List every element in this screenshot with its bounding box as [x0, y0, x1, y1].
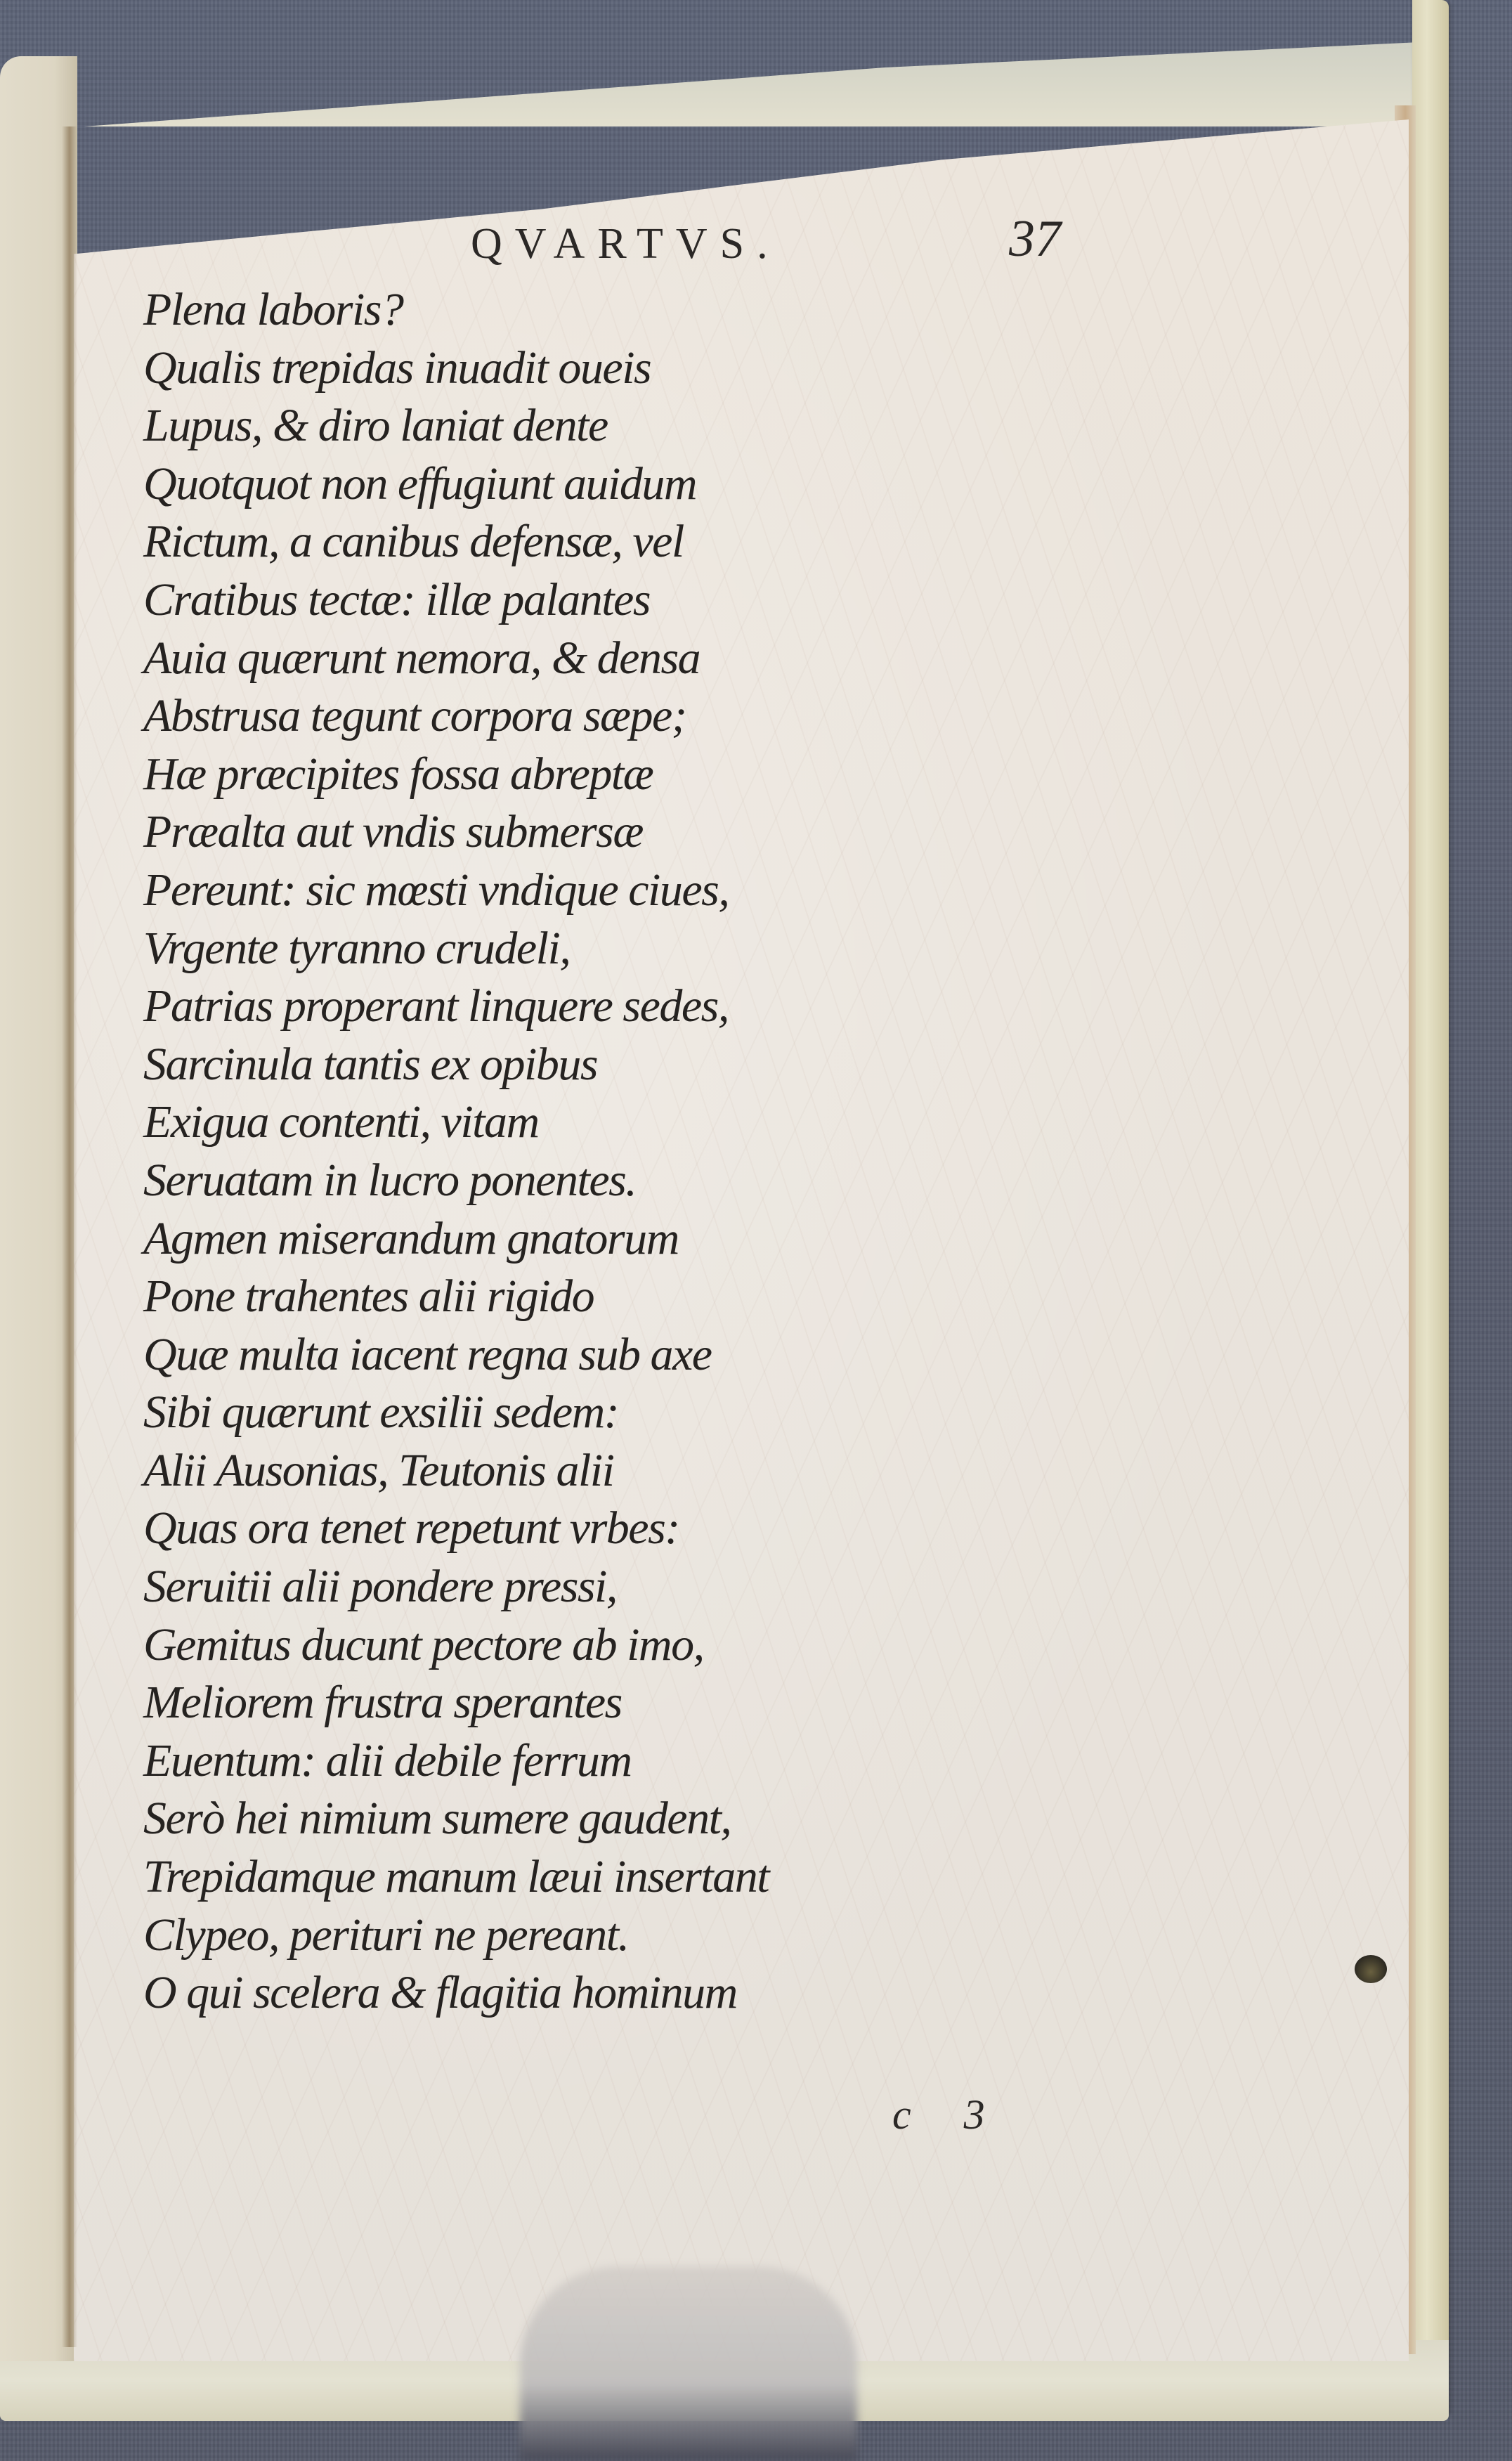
verse-line: Rictum, a canibus defensæ, vel [143, 513, 986, 571]
wormhole-icon [1355, 1955, 1387, 1983]
blurred-region [520, 2266, 857, 2461]
verse-line: Seruitii alii pondere pressi, [143, 1558, 986, 1616]
verse-line: Cratibus tectæ: illæ palantes [143, 571, 986, 630]
verse-line: Exigua contenti, vitam [143, 1093, 986, 1152]
verse-line: Quas ora tenet repetunt vrbes: [143, 1500, 986, 1558]
gutter-shadow [62, 126, 77, 2347]
verse-line: Alii Ausonias, Teutonis alii [143, 1442, 986, 1500]
verse-line: Sibi quærunt exsilii sedem: [143, 1384, 986, 1442]
verse-line: Pone trahentes alii rigido [143, 1268, 986, 1326]
verse-line: Meliorem frustra sperantes [143, 1674, 986, 1732]
verse-line: Qualis trepidas inuadit oueis [143, 339, 986, 398]
verse-line: Quotquot non effugiunt auidum [143, 455, 986, 514]
running-head: QVARTVS. [471, 219, 781, 269]
verse-line: O qui scelera & flagitia hominum [143, 1964, 986, 2022]
verse-line: Serò hei nimium sumere gaudent, [143, 1790, 986, 1848]
verse-line: Quæ multa iacent regna sub axe [143, 1326, 986, 1384]
verse-text-block: Plena laboris? Qualis trepidas inuadit o… [143, 281, 986, 2022]
signature-mark: c 3 [892, 2091, 985, 2139]
verse-line: Plena laboris? [143, 281, 986, 339]
verse-line: Sarcinula tantis ex opibus [143, 1036, 986, 1094]
verse-line: Patrias properant linquere sedes, [143, 978, 986, 1036]
verse-line: Euentum: alii debile ferrum [143, 1732, 986, 1791]
verse-line: Seruatam in lucro ponentes. [143, 1152, 986, 1210]
verse-line: Abstrusa tegunt corpora sæpe; [143, 687, 986, 746]
verse-line: Auia quærunt nemora, & densa [143, 630, 986, 688]
verse-line: Pereunt: sic mœsti vndique ciues, [143, 862, 986, 920]
verse-line: Lupus, & diro laniat dente [143, 397, 986, 455]
page-number: 37 [1009, 209, 1061, 269]
verse-line: Gemitus ducunt pectore ab imo, [143, 1616, 986, 1675]
verse-line: Trepidamque manum læui insertant [143, 1848, 986, 1907]
verse-line: Clypeo, perituri ne pereant. [143, 1907, 986, 1965]
verse-line: Agmen miserandum gnatorum [143, 1210, 986, 1268]
verse-line: Præalta aut vndis submersæ [143, 803, 986, 862]
verse-line: Hæ præcipites fossa abreptæ [143, 746, 986, 804]
vellum-cover-right [1412, 0, 1449, 2417]
verse-line: Vrgente tyranno crudeli, [143, 920, 986, 978]
